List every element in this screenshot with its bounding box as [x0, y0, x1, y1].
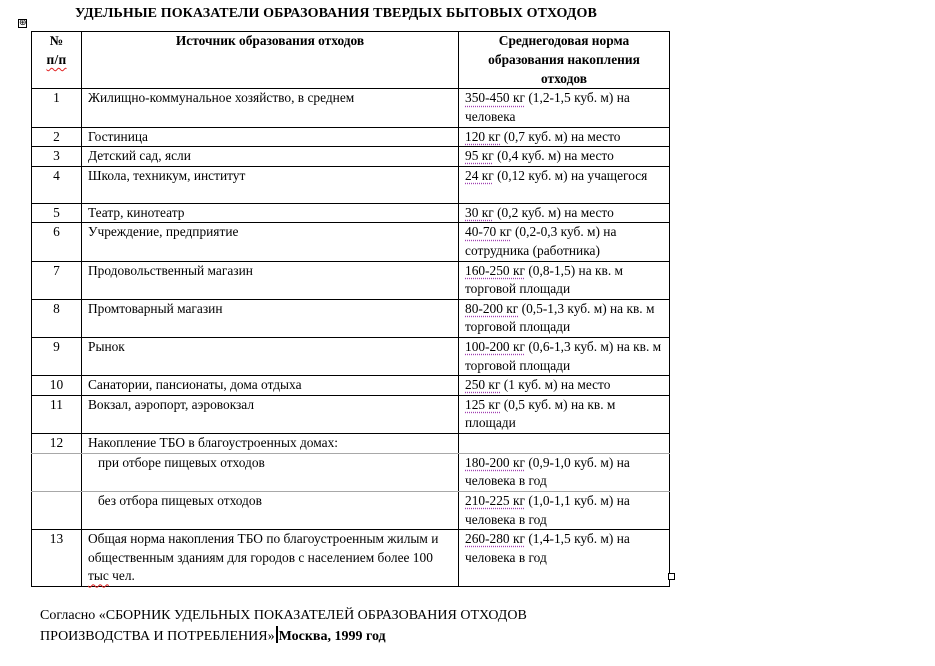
- table-row: 8Промтоварный магазин80-200 кг (0,5-1,3 …: [32, 299, 670, 337]
- row-source: Продовольственный магазин: [82, 261, 459, 299]
- norm-value: 100-200 кг: [465, 339, 525, 354]
- norm-unit-text: (0,2 куб. м) на место: [494, 205, 614, 220]
- row-norm: 30 кг (0,2 куб. м) на место: [459, 203, 670, 223]
- table-row: 7Продовольственный магазин160-250 кг (0,…: [32, 261, 670, 299]
- row-number: 4: [32, 166, 82, 203]
- row-norm: 160-250 кг (0,8-1,5) на кв. м торговой п…: [459, 261, 670, 299]
- text-cursor: [276, 626, 278, 643]
- row-norm: 180-200 кг (0,9-1,0 куб. м) на человека …: [459, 453, 670, 491]
- row-number: 6: [32, 223, 82, 261]
- row-source: Общая норма накопления ТБО по благоустро…: [82, 530, 459, 587]
- row-source: Гостиница: [82, 127, 459, 147]
- row-norm: 120 кг (0,7 куб. м) на место: [459, 127, 670, 147]
- row-number: 12: [32, 433, 82, 453]
- table-row: 13Общая норма накопления ТБО по благоуст…: [32, 530, 670, 587]
- norm-value: 95 кг: [465, 148, 494, 163]
- row-number: 3: [32, 147, 82, 167]
- source-text: Общая норма накопления ТБО по благоустро…: [88, 531, 438, 565]
- source-spell-flagged: тыс: [88, 568, 109, 583]
- row-number: 7: [32, 261, 82, 299]
- row-source: Школа, техникум, институт: [82, 166, 459, 203]
- table-row: при отборе пищевых отходов180-200 кг (0,…: [32, 453, 670, 491]
- citation-line-1: Согласно «СБОРНИК УДЕЛЬНЫХ ПОКАЗАТЕЛЕЙ О…: [40, 606, 527, 626]
- row-source: Накопление ТБО в благоустроенных домах:: [82, 433, 459, 453]
- table-row: 3Детский сад, ясли95 кг (0,4 куб. м) на …: [32, 147, 670, 167]
- row-number: 2: [32, 127, 82, 147]
- header-source: Источник образования отходов: [82, 32, 459, 89]
- source-citation: Согласно «СБОРНИК УДЕЛЬНЫХ ПОКАЗАТЕЛЕЙ О…: [40, 606, 527, 646]
- row-norm: 80-200 кг (0,5-1,3 куб. м) на кв. м торг…: [459, 299, 670, 337]
- norm-value: 125 кг: [465, 397, 500, 412]
- row-source: при отборе пищевых отходов: [82, 453, 459, 491]
- norm-value: 24 кг: [465, 168, 494, 183]
- table-row: 9Рынок100-200 кг (0,6-1,3 куб. м) на кв.…: [32, 337, 670, 375]
- norm-value: 120 кг: [465, 129, 500, 144]
- row-number: 13: [32, 530, 82, 587]
- norm-value: 160-250 кг: [465, 263, 525, 278]
- header-norm: Среднегодовая норма образования накоплен…: [459, 32, 670, 89]
- table-row: 10Санатории, пансионаты, дома отдыха250 …: [32, 376, 670, 396]
- table-row: без отбора пищевых отходов210-225 кг (1,…: [32, 492, 670, 530]
- table-row: 11Вокзал, аэропорт, аэровокзал125 кг (0,…: [32, 395, 670, 433]
- row-number: 8: [32, 299, 82, 337]
- norm-unit-text: (0,4 куб. м) на место: [494, 148, 614, 163]
- table-row: 1Жилищно-коммунальное хозяйство, в средн…: [32, 89, 670, 127]
- row-norm: 95 кг (0,4 куб. м) на место: [459, 147, 670, 167]
- row-number: 9: [32, 337, 82, 375]
- row-source: Театр, кинотеатр: [82, 203, 459, 223]
- table-resize-handle[interactable]: [668, 573, 675, 580]
- norm-unit-text: (1 куб. м) на место: [500, 377, 610, 392]
- row-source: Учреждение, предприятие: [82, 223, 459, 261]
- source-text: чел.: [109, 568, 135, 583]
- citation-line-2-text: ПРОИЗВОДСТВА И ПОТРЕБЛЕНИЯ»: [40, 629, 275, 644]
- row-norm: 210-225 кг (1,0-1,1 куб. м) на человека …: [459, 492, 670, 530]
- norm-value: 40-70 кг: [465, 224, 512, 239]
- row-number: 11: [32, 395, 82, 433]
- norm-value: 180-200 кг: [465, 455, 525, 470]
- citation-line-2: ПРОИЗВОДСТВА И ПОТРЕБЛЕНИЯ»Москва, 1999 …: [40, 626, 527, 647]
- row-number: [32, 453, 82, 491]
- row-norm: [459, 433, 670, 453]
- norm-value: 250 кг: [465, 377, 500, 392]
- row-norm: 100-200 кг (0,6-1,3 куб. м) на кв. м тор…: [459, 337, 670, 375]
- table-row: 4Школа, техникум, институт24 кг (0,12 ку…: [32, 166, 670, 203]
- row-norm: 40-70 кг (0,2-0,3 куб. м) на сотрудника …: [459, 223, 670, 261]
- row-source: Санатории, пансионаты, дома отдыха: [82, 376, 459, 396]
- norm-value: 210-225 кг: [465, 493, 525, 508]
- row-source: Жилищно-коммунальное хозяйство, в средне…: [82, 89, 459, 127]
- waste-norms-table: № п/п Источник образования отходов Средн…: [31, 31, 670, 587]
- table-move-handle-icon[interactable]: ⊕: [18, 19, 27, 28]
- document-title: УДЕЛЬНЫЕ ПОКАЗАТЕЛИ ОБРАЗОВАНИЯ ТВЕРДЫХ …: [75, 6, 597, 22]
- citation-place-year: Москва, 1999 год: [279, 629, 386, 644]
- norm-value: 350-450 кг: [465, 90, 525, 105]
- row-source: Промтоварный магазин: [82, 299, 459, 337]
- row-number: 5: [32, 203, 82, 223]
- table-row: 5Театр, кинотеатр30 кг (0,2 куб. м) на м…: [32, 203, 670, 223]
- row-norm: 250 кг (1 куб. м) на место: [459, 376, 670, 396]
- row-number: 1: [32, 89, 82, 127]
- row-norm: 350-450 кг (1,2-1,5 куб. м) на человека: [459, 89, 670, 127]
- row-source: Детский сад, ясли: [82, 147, 459, 167]
- header-num-symbol: №: [34, 32, 79, 51]
- header-num: № п/п: [32, 32, 82, 89]
- table-row: 6Учреждение, предприятие40-70 кг (0,2-0,…: [32, 223, 670, 261]
- row-norm: 125 кг (0,5 куб. м) на кв. м площади: [459, 395, 670, 433]
- row-source: без отбора пищевых отходов: [82, 492, 459, 530]
- header-num-abbrev: п/п: [46, 52, 66, 67]
- norm-unit-text: (0,7 куб. м) на место: [500, 129, 620, 144]
- row-source: Вокзал, аэропорт, аэровокзал: [82, 395, 459, 433]
- row-norm: 24 кг (0,12 куб. м) на учащегося: [459, 166, 670, 203]
- row-number: [32, 492, 82, 530]
- norm-value: 80-200 кг: [465, 301, 518, 316]
- norm-value: 260-280 кг: [465, 531, 525, 546]
- row-source: Рынок: [82, 337, 459, 375]
- table-header-row: № п/п Источник образования отходов Средн…: [32, 32, 670, 89]
- norm-unit-text: (0,12 куб. м) на учащегося: [494, 168, 648, 183]
- table-row: 2Гостиница120 кг (0,7 куб. м) на место: [32, 127, 670, 147]
- row-number: 10: [32, 376, 82, 396]
- norm-value: 30 кг: [465, 205, 494, 220]
- table-row: 12Накопление ТБО в благоустроенных домах…: [32, 433, 670, 453]
- row-norm: 260-280 кг (1,4-1,5 куб. м) на человека …: [459, 530, 670, 587]
